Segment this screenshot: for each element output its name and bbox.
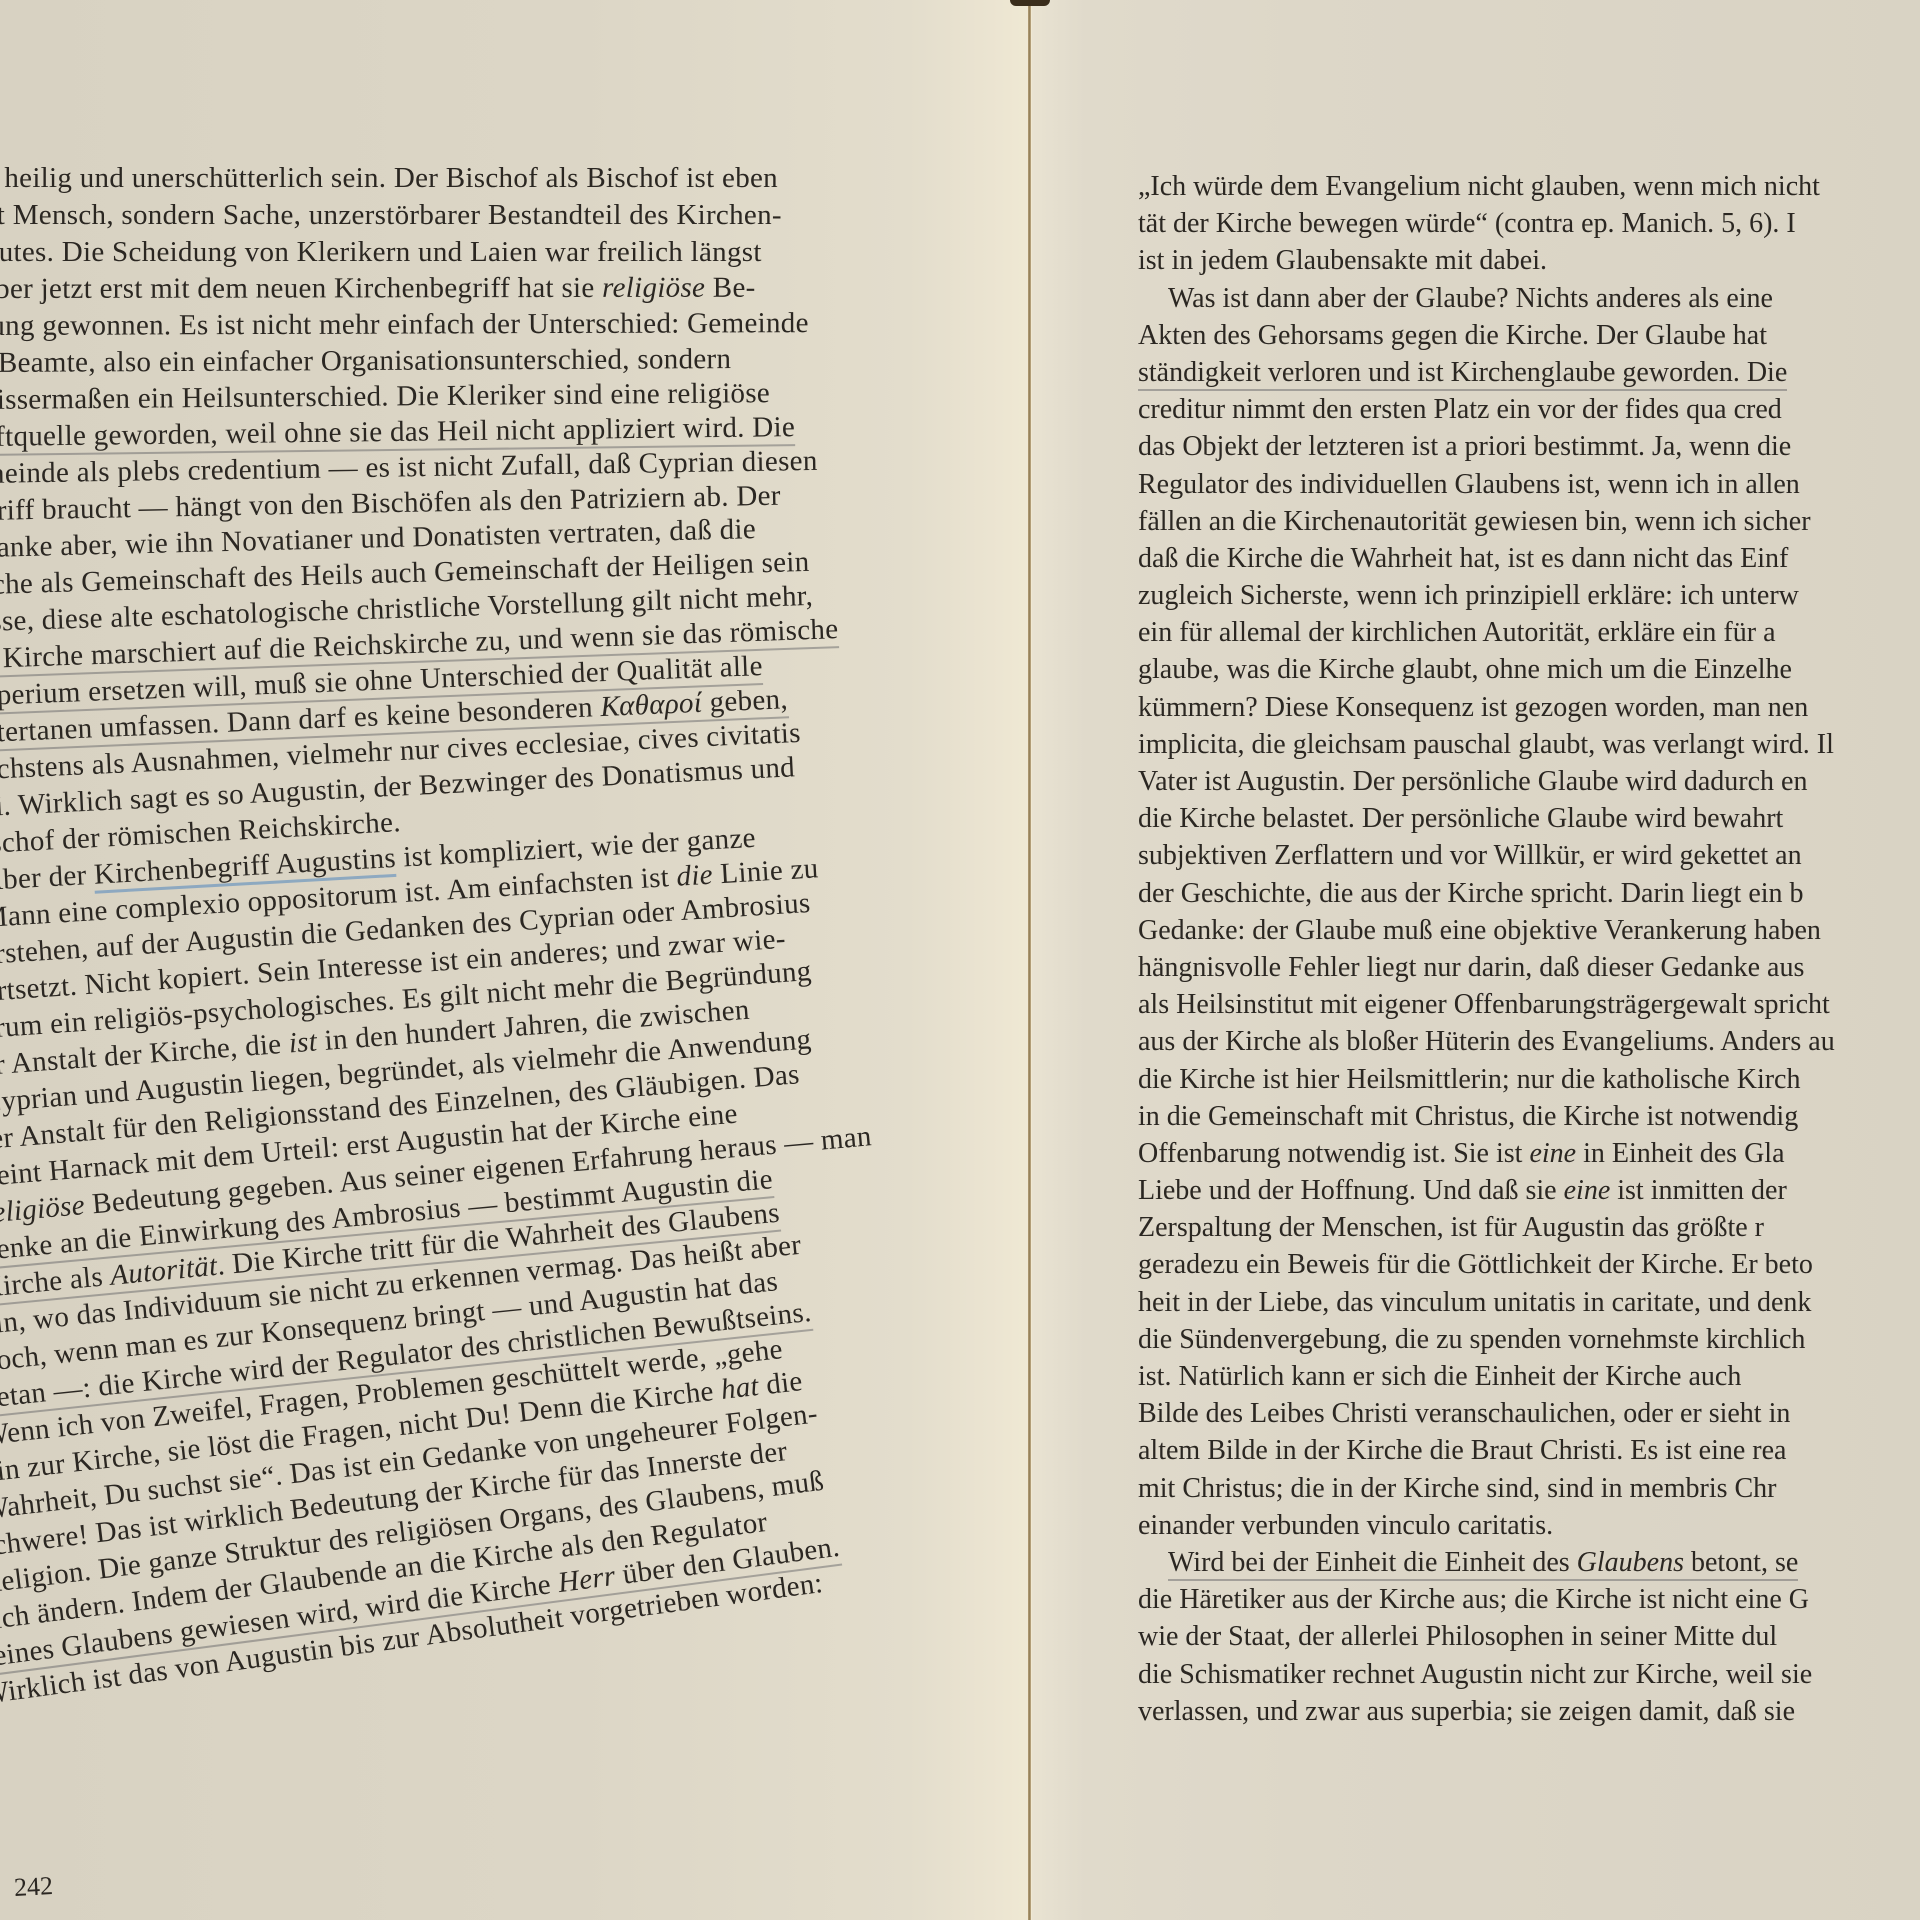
text-line: ist. Natürlich kann er sich die Einheit … [1138, 1358, 1920, 1395]
text-line: die Sündenvergebung, die zu spenden vorn… [1138, 1321, 1920, 1358]
text-line: ein für allemal der kirchlichen Autoritä… [1138, 614, 1920, 651]
text-line: „Ich würde dem Evangelium nicht glauben,… [1138, 168, 1920, 205]
text-line: als Heilsinstitut mit eigener Offenbarun… [1138, 986, 1920, 1023]
pencil-underline: ständigkeit verloren und ist Kirchenglau… [1138, 357, 1787, 391]
italic-phrase: religiöse [602, 272, 705, 304]
text-line: nt Mensch, sondern Sache, unzerstörbarer… [0, 197, 942, 234]
text-line: creditur nimmt den ersten Platz ein vor … [1138, 391, 1920, 428]
text-line: die Kirche belastet. Der persönliche Gla… [1138, 800, 1920, 837]
text-line: tät der Kirche bewegen würde“ (contra ep… [1138, 205, 1920, 242]
text-line: itutes. Die Scheidung von Klerikern und … [0, 234, 942, 271]
text-line: das Objekt der letzteren ist a priori be… [1138, 428, 1920, 465]
text-line: die Kirche ist hier Heilsmittlerin; nur … [1138, 1061, 1920, 1098]
text-line: einander verbunden vinculo caritatis. [1138, 1507, 1920, 1544]
left-page-text-block: n heilig und unerschütterlich sein. Der … [0, 160, 942, 1714]
right-page-text-block: „Ich würde dem Evangelium nicht glauben,… [1138, 168, 1920, 1730]
text-line: der Geschichte, die aus der Kirche spric… [1138, 875, 1920, 912]
text-line: glaube, was die Kirche glaubt, ohne mich… [1138, 651, 1920, 688]
text-line: Liebe und der Hoffnung. Und daß sie eine… [1138, 1172, 1920, 1209]
text-line: fällen an die Kirchenautorität gewiesen … [1138, 503, 1920, 540]
page-number: 242 [13, 1871, 54, 1903]
text-line: daß die Kirche die Wahrheit hat, ist es … [1138, 540, 1920, 577]
text-line: implicita, die gleichsam pauschal glaubt… [1138, 726, 1920, 763]
text-line: Bilde des Leibes Christi veranschauliche… [1138, 1395, 1920, 1432]
book-gutter [1028, 0, 1031, 1920]
text-line: tung gewonnen. Es ist nicht mehr einfach… [0, 305, 942, 345]
italic-phrase: die [676, 859, 714, 893]
text-line: altem Bilde in der Kirche die Braut Chri… [1138, 1432, 1920, 1469]
text-line: geradezu ein Beweis für die Göttlichkeit… [1138, 1246, 1920, 1283]
text-line: die Schismatiker rechnet Augustin nicht … [1138, 1656, 1920, 1693]
italic-phrase: Glaubens [1577, 1547, 1684, 1578]
text-line: Was ist dann aber der Glaube? Nichts and… [1138, 280, 1920, 317]
text-line: kümmern? Diese Konsequenz ist gezogen wo… [1138, 689, 1920, 726]
pencil-underline: Wird bei der Einheit die Einheit des Gla… [1168, 1547, 1798, 1581]
text-line: Gedanke: der Glaube muß eine objektive V… [1138, 912, 1920, 949]
text-line: Regulator des individuellen Glaubens ist… [1138, 466, 1920, 503]
text-line: mit Christus; die in der Kirche sind, si… [1138, 1470, 1920, 1507]
text-line: heit in der Liebe, das vinculum unitatis… [1138, 1284, 1920, 1321]
text-line: Zerspaltung der Menschen, ist für August… [1138, 1209, 1920, 1246]
italic-phrase: Καθαροί [600, 687, 703, 723]
open-book-spread: n heilig und unerschütterlich sein. Der … [0, 0, 1920, 1920]
italic-phrase: eine [1529, 1138, 1576, 1169]
text-line: zugleich Sicherste, wenn ich prinzipiell… [1138, 577, 1920, 614]
book-spine-edge [1010, 0, 1050, 6]
text-line: in die Gemeinschaft mit Christus, die Ki… [1138, 1098, 1920, 1135]
text-line: die Häretiker aus der Kirche aus; die Ki… [1138, 1581, 1920, 1618]
text-line: n heilig und unerschütterlich sein. Der … [0, 160, 942, 197]
text-line: ständigkeit verloren und ist Kirchenglau… [1138, 354, 1920, 391]
text-line: Vater ist Augustin. Der persönliche Glau… [1138, 763, 1920, 800]
italic-phrase: eine [1564, 1175, 1611, 1206]
text-line: verlassen, und zwar aus superbia; sie ze… [1138, 1693, 1920, 1730]
text-line: hängnisvolle Fehler liegt nur darin, daß… [1138, 949, 1920, 986]
text-line: aber jetzt erst mit dem neuen Kirchenbeg… [0, 269, 942, 308]
text-line: Wird bei der Einheit die Einheit des Gla… [1138, 1544, 1920, 1581]
text-line: subjektiven Zerflattern und vor Willkür,… [1138, 837, 1920, 874]
text-line: aus der Kirche als bloßer Hüterin des Ev… [1138, 1023, 1920, 1060]
text-line: wie der Staat, der allerlei Philosophen … [1138, 1618, 1920, 1655]
italic-phrase: ist [288, 1025, 319, 1059]
text-line: ist in jedem Glaubensakte mit dabei. [1138, 242, 1920, 279]
text-line: Akten des Gehorsams gegen die Kirche. De… [1138, 317, 1920, 354]
italic-phrase: hat [719, 1370, 760, 1406]
text-line: Offenbarung notwendig ist. Sie ist eine … [1138, 1135, 1920, 1172]
